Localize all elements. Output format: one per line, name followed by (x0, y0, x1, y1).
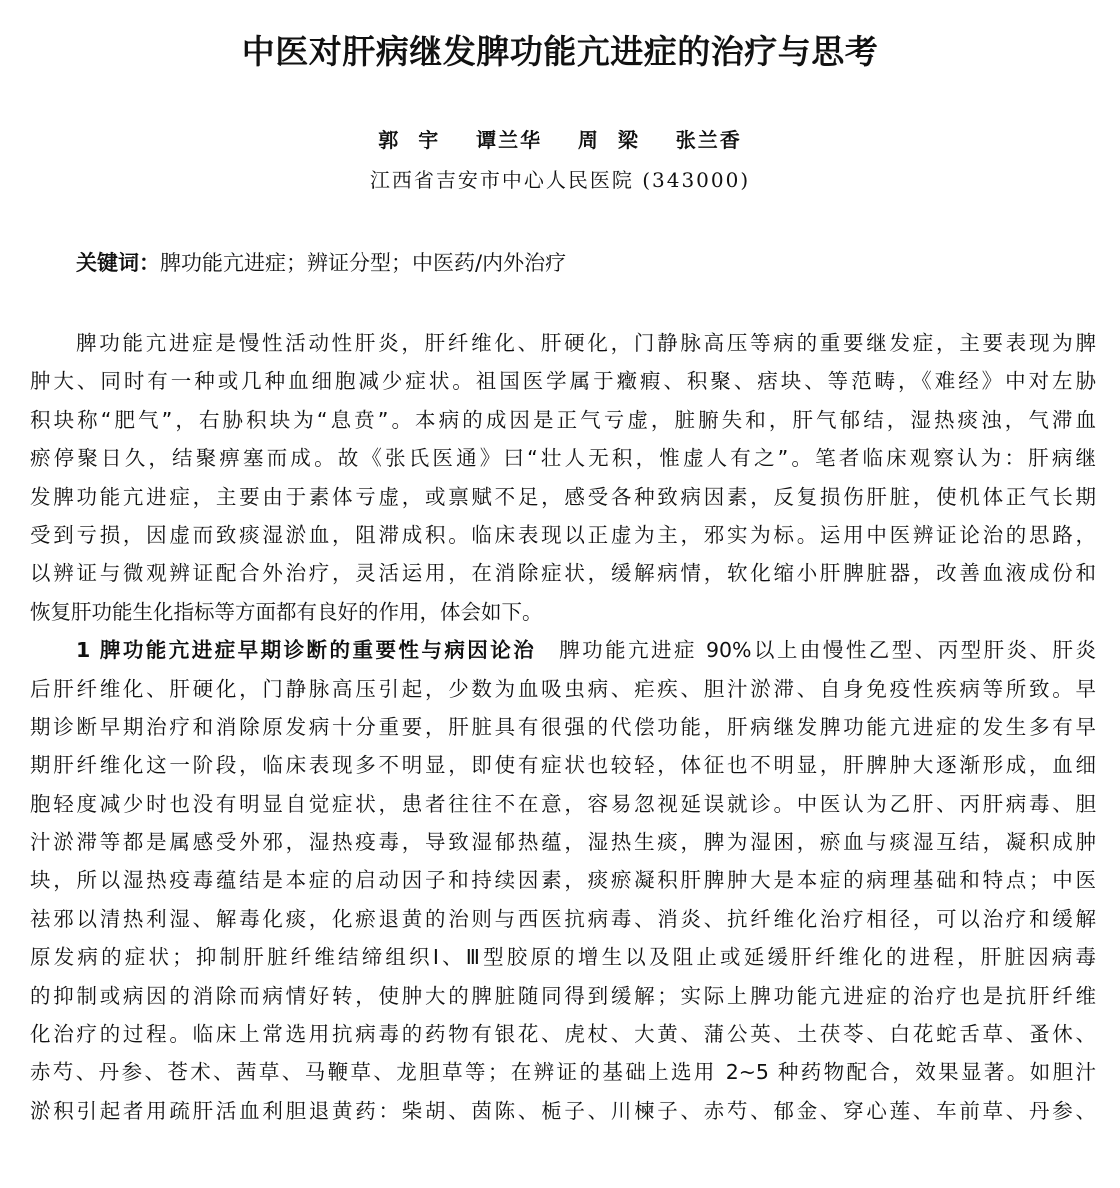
section-heading: 1 脾功能亢进症早期诊断的重要性与病因论治 (76, 638, 536, 662)
paragraph-line: 赤芍、丹参、苍术、茜草、马鞭草、龙胆草等；在辨证的基础上选用 2~5 种药物配合… (30, 1053, 1096, 1091)
paragraph-line: 胞轻度减少时也没有明显自觉症状，患者往往不在意，容易忽视延误就诊。中医认为乙肝、… (30, 785, 1096, 823)
paragraph-line: 以辨证与微观辨证配合外治疗，灵活运用，在消除症状，缓解病情，软化缩小肝脾脏器，改… (30, 554, 1096, 592)
paragraph-line: 积块称“肥气”，右胁积块为“息贲”。本病的成因是正气亏虚，脏腑失和，肝气郁结，湿… (30, 401, 1096, 439)
section-heading-line: 1 脾功能亢进症早期诊断的重要性与病因论治 脾功能亢进症 90%以上由慢性乙型、… (30, 631, 1096, 669)
paragraph-line: 祛邪以清热利湿、解毒化痰，化瘀退黄的治则与西医抗病毒、消炎、抗纤维化治疗相径，可… (30, 900, 1096, 938)
keywords-label: 关键词： (76, 251, 160, 275)
paragraph-line: 化治疗的过程。临床上常选用抗病毒的药物有银花、虎杖、大黄、蒲公英、土茯苓、白花蛇… (30, 1015, 1096, 1053)
paragraph-line: 受到亏损，因虚而致痰湿淤血，阻滞成积。临床表现以正虚为主，邪实为标。运用中医辨证… (30, 516, 1096, 554)
paragraph-line: 后肝纤维化、肝硬化，门静脉高压引起，少数为血吸虫病、疟疾、胆汁淤滞、自身免疫性疾… (30, 670, 1096, 708)
article-body: 脾功能亢进症是慢性活动性肝炎，肝纤维化、肝硬化，门静脉高压等病的重要继发症，主要… (30, 324, 1096, 1130)
keywords: 关键词：脾功能亢进症；辨证分型；中医药/内外治疗 (76, 247, 566, 277)
paragraph-line: 发脾功能亢进症，主要由于素体亏虚，或禀赋不足，感受各种致病因素，反复损伤肝脏，使… (30, 478, 1096, 516)
paragraph-line: 肿大、同时有一种或几种血细胞减少症状。祖国医学属于癥瘕、积聚、痞块、等范畴，《难… (30, 362, 1096, 400)
keywords-text: 脾功能亢进症；辨证分型；中医药/内外治疗 (160, 251, 566, 275)
paragraph-line: 块，所以湿热疫毒蕴结是本症的启动因子和持续因素，痰瘀凝积肝脾肿大是本症的病理基础… (30, 861, 1096, 899)
paragraph-line: 汁淤滞等都是属感受外邪，湿热疫毒，导致湿郁热蕴，湿热生痰，脾为湿困，瘀血与痰湿互… (30, 823, 1096, 861)
section-first-line: 脾功能亢进症 90%以上由慢性乙型、丙型肝炎、肝炎 (559, 638, 1096, 662)
paper-title: 中医对肝病继发脾功能亢进症的治疗与思考 (0, 26, 1120, 73)
affiliation: 江西省吉安市中心人民医院 (343000) (0, 164, 1120, 193)
paragraph-line: 原发病的症状；抑制肝脏纤维结缔组织Ⅰ、Ⅲ型胶原的增生以及阻止或延缓肝纤维化的进程… (30, 938, 1096, 976)
paragraph-line: 的抑制或病因的消除而病情好转，使肿大的脾脏随同得到缓解；实际上脾功能亢进症的治疗… (30, 977, 1096, 1015)
paragraph-line: 期肝纤维化这一阶段，临床表现多不明显，即使有症状也较轻，体征也不明显，肝脾肿大逐… (30, 746, 1096, 784)
paragraph-line: 期诊断早期治疗和消除原发病十分重要，肝脏具有很强的代偿功能，肝病继发脾功能亢进症… (30, 708, 1096, 746)
paragraph-line: 脾功能亢进症是慢性活动性肝炎，肝纤维化、肝硬化，门静脉高压等病的重要继发症，主要… (30, 324, 1096, 362)
paragraph-line: 恢复肝功能生化指标等方面都有良好的作用，体会如下。 (30, 593, 1096, 631)
author-list: 郭 宇 谭兰华 周 梁 张兰香 (0, 124, 1120, 153)
paragraph-line: 瘀停聚日久，结聚痹塞而成。故《张氏医通》曰“壮人无积，惟虚人有之”。笔者临床观察… (30, 439, 1096, 477)
paragraph-line: 淤积引起者用疏肝活血利胆退黄药：柴胡、茵陈、栀子、川楝子、赤芍、郁金、穿心莲、车… (30, 1092, 1096, 1130)
